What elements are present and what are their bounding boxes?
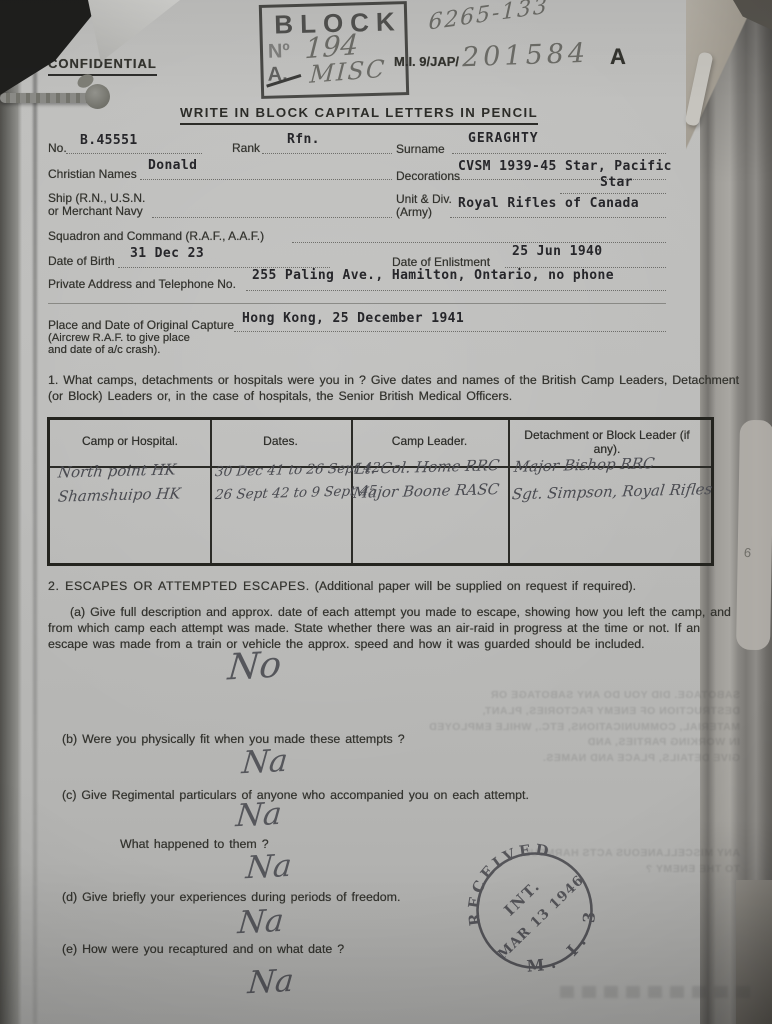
field-number-label: No.	[48, 141, 67, 155]
corner-letter-a: A	[610, 44, 626, 70]
answer-c2-handwritten: Na	[244, 848, 293, 887]
block-stamp-misc-handwritten: MISC	[309, 55, 387, 89]
field-rule	[234, 331, 666, 332]
field-rule	[452, 153, 666, 154]
table-header-detachment: Detachment or Block Leader (if any).	[512, 428, 702, 456]
question2b-text: (b) Were you physically fit when you mad…	[62, 731, 405, 747]
bottom-right-page-curl	[736, 880, 772, 1024]
answer-d-handwritten: Na	[236, 903, 285, 942]
block-stamp-no-label: Nº	[268, 40, 290, 64]
table-cell-leader-row1: Major Boone RASC	[352, 480, 500, 502]
field-ship-label-line2: or Merchant Navy	[48, 204, 143, 218]
bleedthrough-text-patch: SABOTAGE. DID YOU DO ANY SABOTAGE OR DES…	[428, 688, 740, 767]
field-capture-label: Place and Date of Original Capture	[48, 318, 234, 332]
field-rank-label: Rank	[232, 141, 260, 155]
field-unit-label-line2: (Army)	[396, 205, 432, 219]
field-capture-value: Hong Kong, 25 December 1941	[242, 311, 464, 326]
field-address-value: 255 Paling Ave., Hamilton, Ontario, no p…	[252, 268, 614, 283]
field-capture-note-line2: and date of a/c crash).	[48, 344, 160, 356]
right-edge-page-number: 6	[743, 545, 752, 561]
field-rule	[152, 217, 392, 218]
field-dob-label: Date of Birth	[48, 254, 115, 268]
question2a-line1: (a) Give full description and approx. da…	[48, 604, 688, 620]
field-rule	[66, 153, 202, 154]
pencil-instruction-heading: WRITE IN BLOCK CAPITAL LETTERS IN PENCIL	[180, 105, 538, 125]
left-crease-line	[33, 70, 37, 1024]
field-surname-value: GERAGHTY	[468, 131, 539, 146]
field-rule	[262, 153, 392, 154]
field-rule	[140, 179, 392, 180]
question2d-text: (d) Give briefly your experiences during…	[62, 889, 400, 905]
field-rule	[292, 242, 666, 243]
table-cell-detachment-row0: Major Bishop RRC	[513, 454, 656, 476]
question2e-text: (e) How were you recaptured and on what …	[62, 941, 344, 957]
bleedthrough-smudge	[560, 986, 750, 998]
left-page-edge	[0, 0, 22, 1024]
table-cell-camp-row0: North point HK	[57, 460, 177, 481]
table-cell-camp-row1: Shamshuipo HK	[57, 484, 182, 505]
field-enlistment-label: Date of Enlistment	[392, 255, 490, 269]
bleedthrough-line: SABOTAGE. DID YOU DO ANY SABOTAGE OR DES…	[428, 688, 740, 720]
section2-heading: 2. ESCAPES OR ATTEMPTED ESCAPES. (Additi…	[48, 578, 688, 594]
question2a-line3: escape was made from a train or vehicle …	[48, 636, 688, 652]
mi9-reference-number-handwritten: 201584	[461, 38, 589, 73]
field-dob-value: 31 Dec 23	[130, 246, 204, 261]
field-address-label: Private Address and Telephone No.	[48, 277, 236, 291]
table-header-leader: Camp Leader.	[351, 434, 508, 448]
scanned-pow-questionnaire-page: CONFIDENTIAL BLOCK Nº 194 A. MISC 6265-1…	[0, 0, 772, 1024]
field-christian-names-label: Christian Names	[48, 167, 137, 181]
section-divider-rule	[48, 303, 666, 304]
field-rule	[450, 217, 666, 218]
bleedthrough-line: GIVE DETAILS, PLACE AND NAMES.	[428, 751, 740, 767]
answer-e-handwritten: Na	[246, 963, 295, 1002]
table-cell-leader-row0: Lt. Col. Home RRC	[354, 456, 500, 478]
field-surname-label: Surname	[396, 142, 445, 156]
field-capture-note-line1: (Aircrew R.A.F. to give place	[48, 332, 190, 344]
field-decorations-label: Decorations	[396, 169, 460, 183]
section2-heading-caps: 2. ESCAPES OR ATTEMPTED ESCAPES.	[48, 579, 310, 593]
right-edge-underlying-page	[736, 420, 772, 651]
question1-line2: (or Block) Leaders or, in the case of ho…	[48, 388, 684, 404]
field-decorations-value: CVSM 1939-45 Star, Pacific	[458, 159, 672, 174]
field-rule	[452, 179, 666, 180]
string-knot	[85, 84, 110, 109]
section2-heading-rest: (Additional paper will be supplied on re…	[310, 579, 636, 593]
answer-c-handwritten: Na	[234, 796, 283, 835]
question2c-text: (c) Give Regimental particulars of anyon…	[62, 787, 529, 803]
camps-table: Camp or Hospital. Dates. Camp Leader. De…	[47, 417, 714, 566]
field-squadron-label: Squadron and Command (R.A.F., A.A.F.)	[48, 229, 264, 243]
table-column-divider	[508, 420, 510, 563]
block-number-stamp: BLOCK Nº 194 A. MISC	[259, 1, 409, 99]
field-rule	[246, 290, 666, 291]
table-header-camp: Camp or Hospital.	[50, 434, 210, 448]
table-header-dates: Dates.	[210, 434, 351, 448]
question2a-line2: from which camp each attempt was made. S…	[48, 620, 688, 636]
field-ship-label-line1: Ship (R.N., U.S.N.	[48, 191, 145, 205]
answer-a-handwritten: No	[226, 644, 283, 688]
field-number-value: B.45551	[80, 133, 138, 148]
field-unit-value: Royal Rifles of Canada	[458, 196, 639, 211]
field-rule	[560, 193, 666, 194]
answer-b-handwritten: Na	[240, 743, 289, 782]
field-rank-value: Rfn.	[287, 132, 320, 147]
question2c2-text: What happened to them ?	[120, 836, 269, 852]
field-decorations-value-line2: Star	[600, 175, 633, 190]
bleedthrough-line: MATERIAL, COMMUNICATIONS, ETC., WHILE EM…	[428, 720, 740, 752]
field-unit-label-line1: Unit & Div.	[396, 192, 452, 206]
field-enlistment-value: 25 Jun 1940	[512, 244, 603, 259]
question1-line1: 1. What camps, detachments or hospitals …	[48, 372, 684, 388]
field-christian-names-value: Donald	[148, 158, 197, 173]
